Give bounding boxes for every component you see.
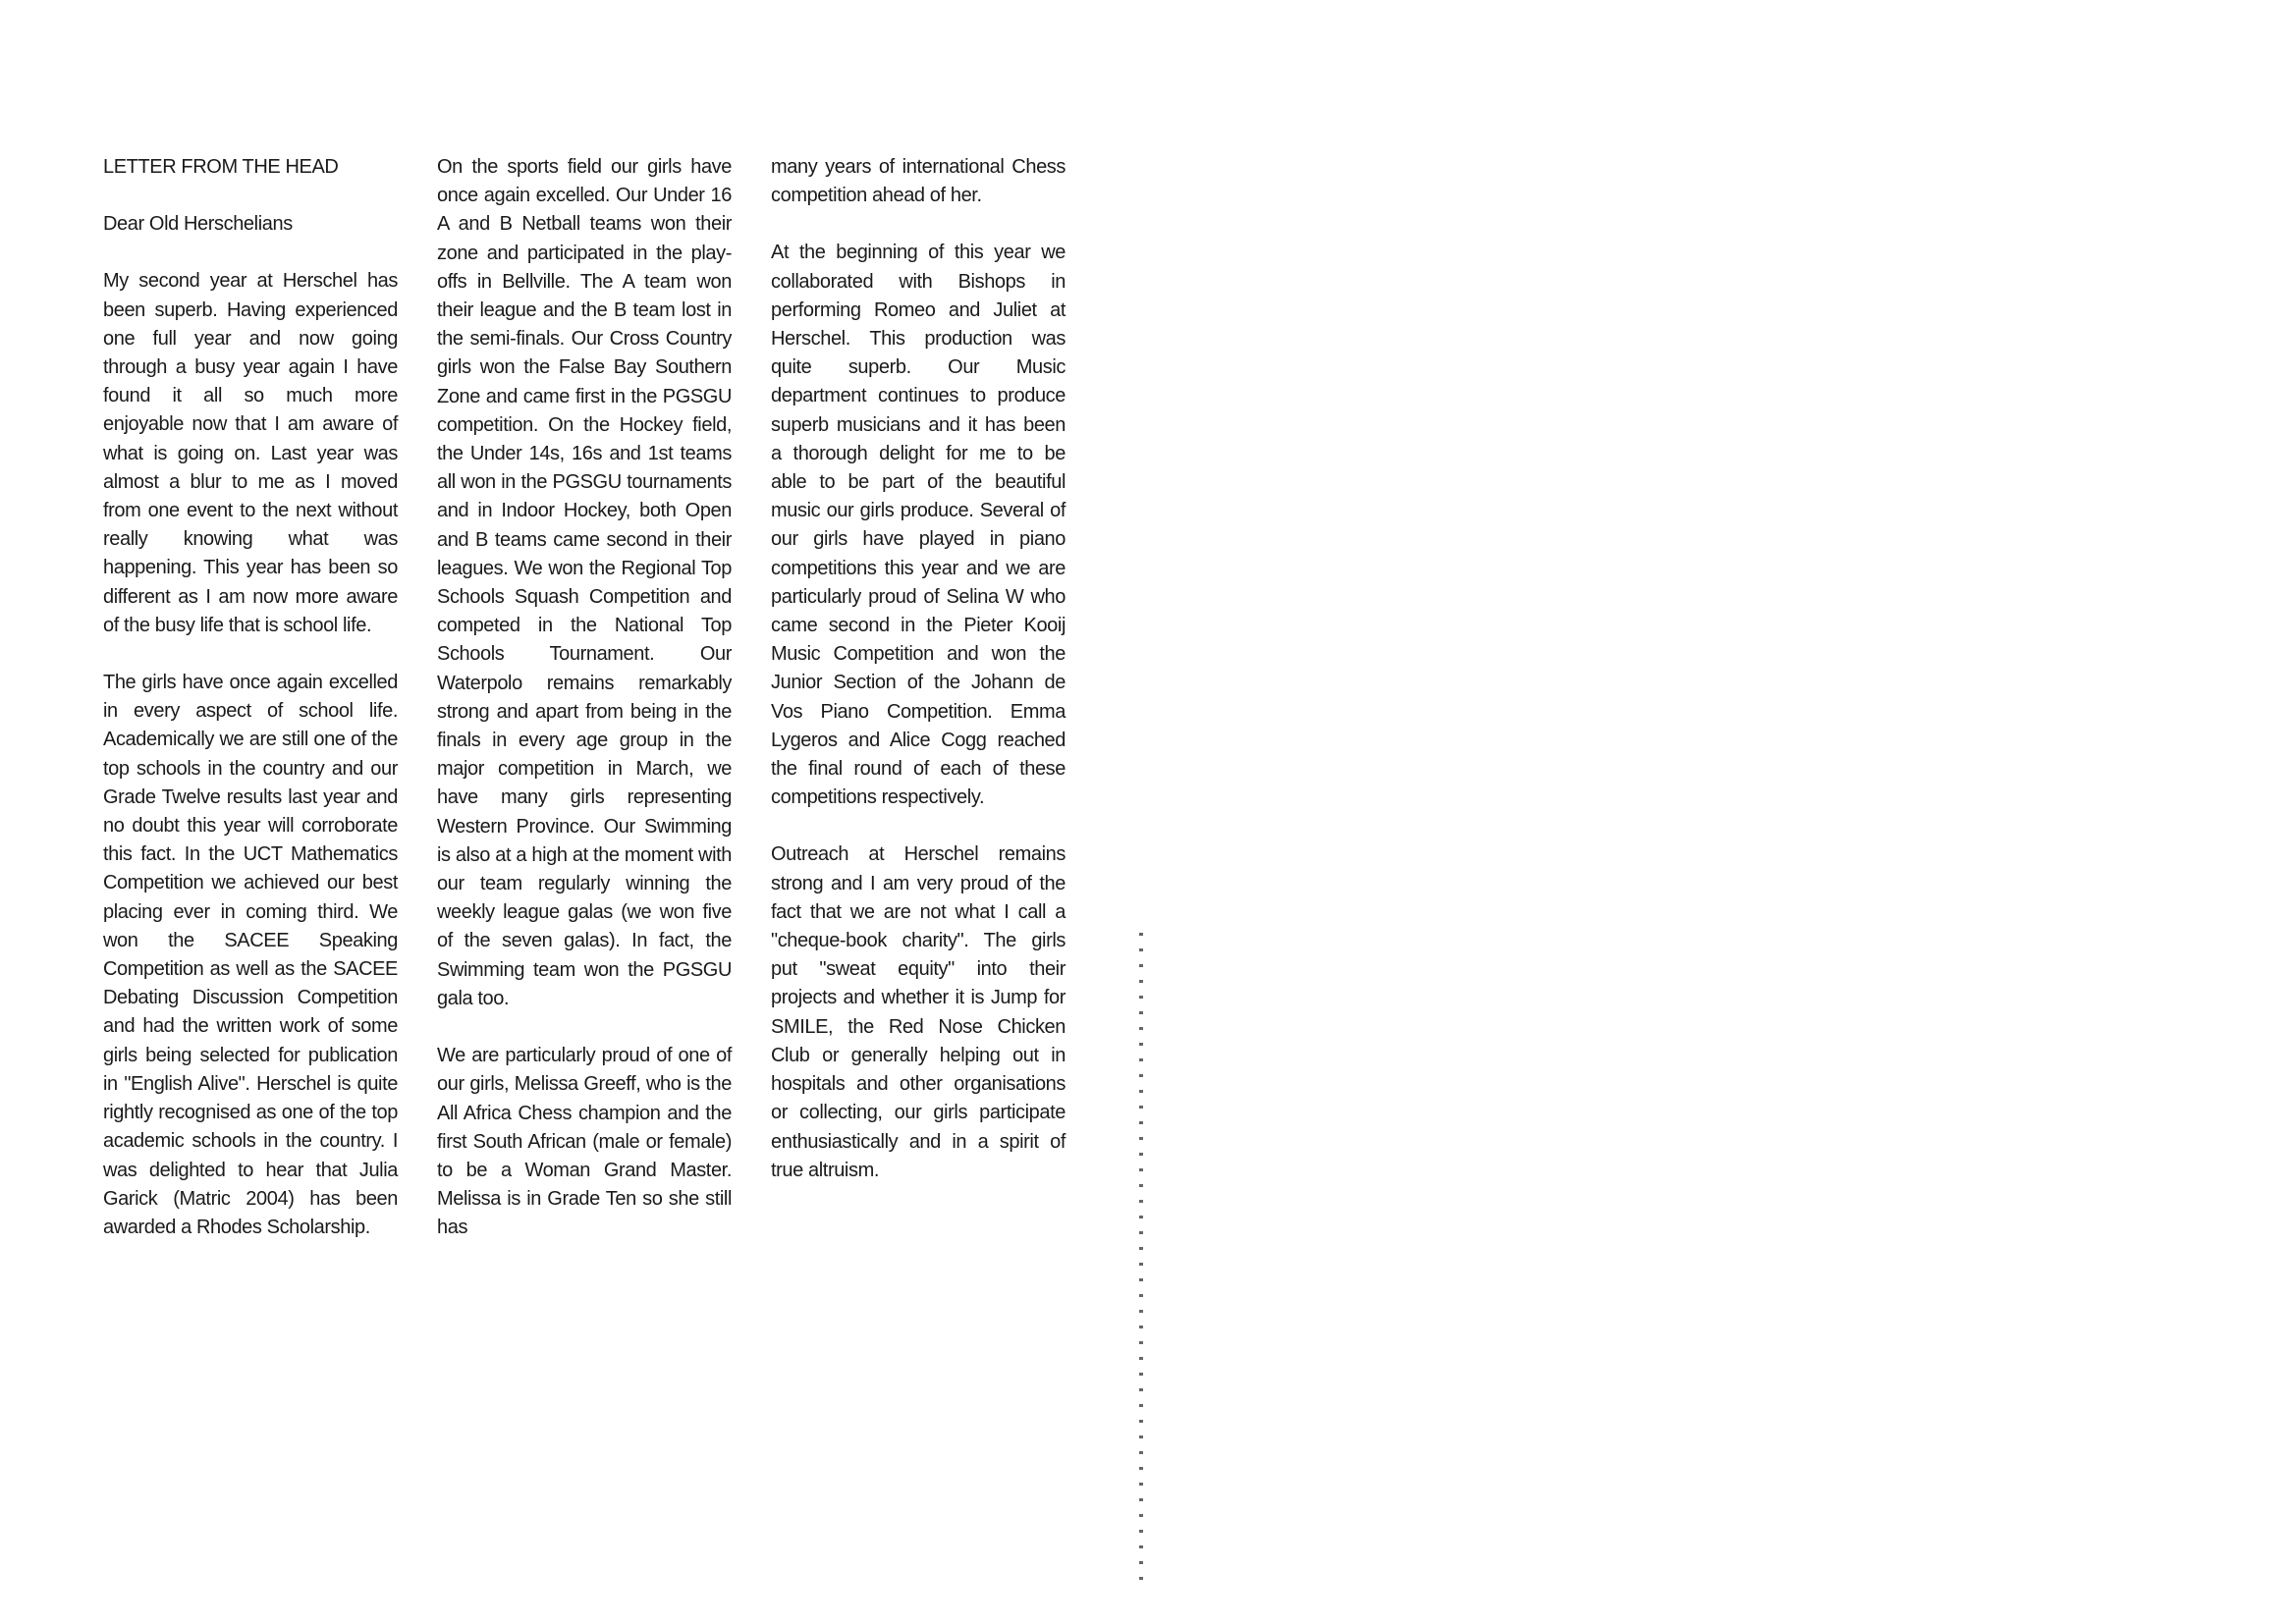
column-3: many years of international Chess compet… bbox=[771, 153, 1066, 1214]
paragraph: On the sports field our girls have once … bbox=[437, 153, 732, 1013]
paragraph: Outreach at Herschel remains strong and … bbox=[771, 840, 1066, 1184]
paragraph: We are particularly proud of one of our … bbox=[437, 1042, 732, 1242]
paragraph: The girls have once again excelled in ev… bbox=[103, 669, 398, 1242]
letter-title: LETTER FROM THE HEAD bbox=[103, 153, 398, 182]
paragraph: My second year at Herschel has been supe… bbox=[103, 267, 398, 640]
paragraph: At the beginning of this year we collabo… bbox=[771, 239, 1066, 812]
column-1: LETTER FROM THE HEAD Dear Old Herschelia… bbox=[103, 153, 398, 1271]
paragraph: many years of international Chess compet… bbox=[771, 153, 1066, 210]
fold-line-marks bbox=[1139, 933, 1143, 1591]
salutation: Dear Old Herschelians bbox=[103, 210, 398, 239]
column-2: On the sports field our girls have once … bbox=[437, 153, 732, 1272]
